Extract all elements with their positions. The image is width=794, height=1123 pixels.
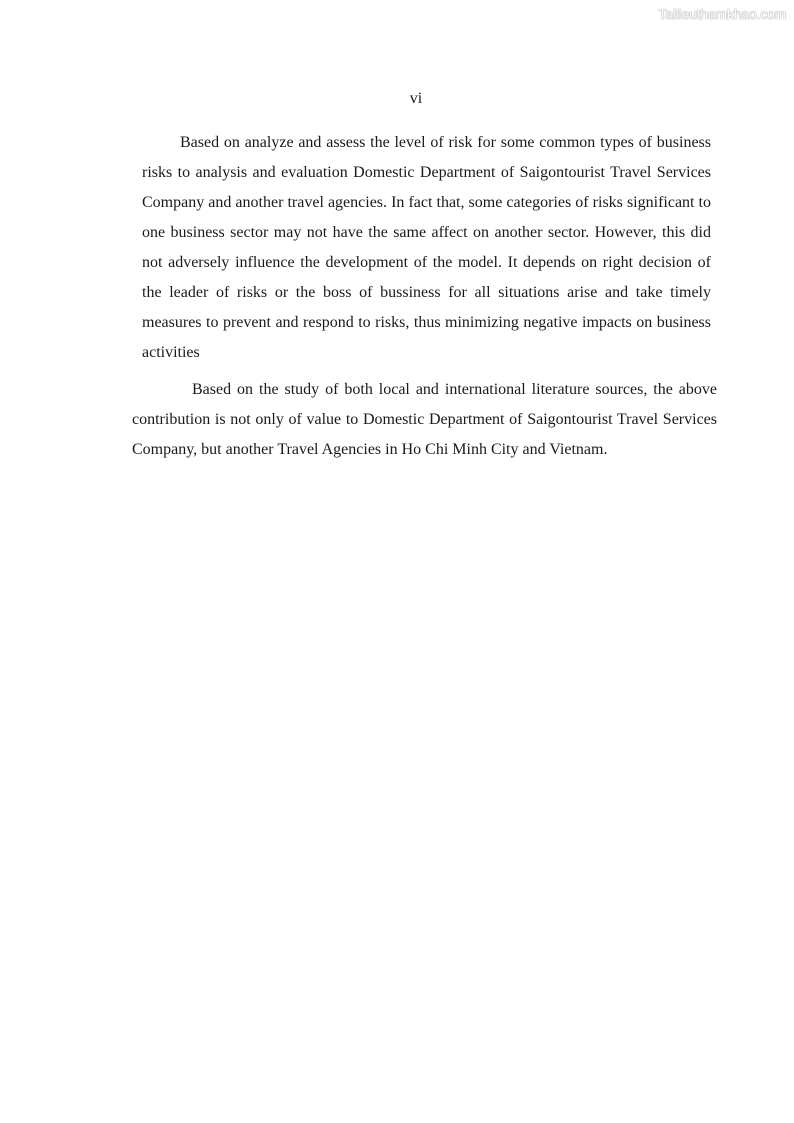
page-number: vi — [0, 90, 794, 108]
watermark: Tailieuthamkhao.com — [658, 6, 786, 22]
paragraph-risk-analysis: Based on analyze and assess the level of… — [142, 128, 711, 368]
paragraph-contribution: Based on the study of both local and int… — [132, 375, 717, 465]
